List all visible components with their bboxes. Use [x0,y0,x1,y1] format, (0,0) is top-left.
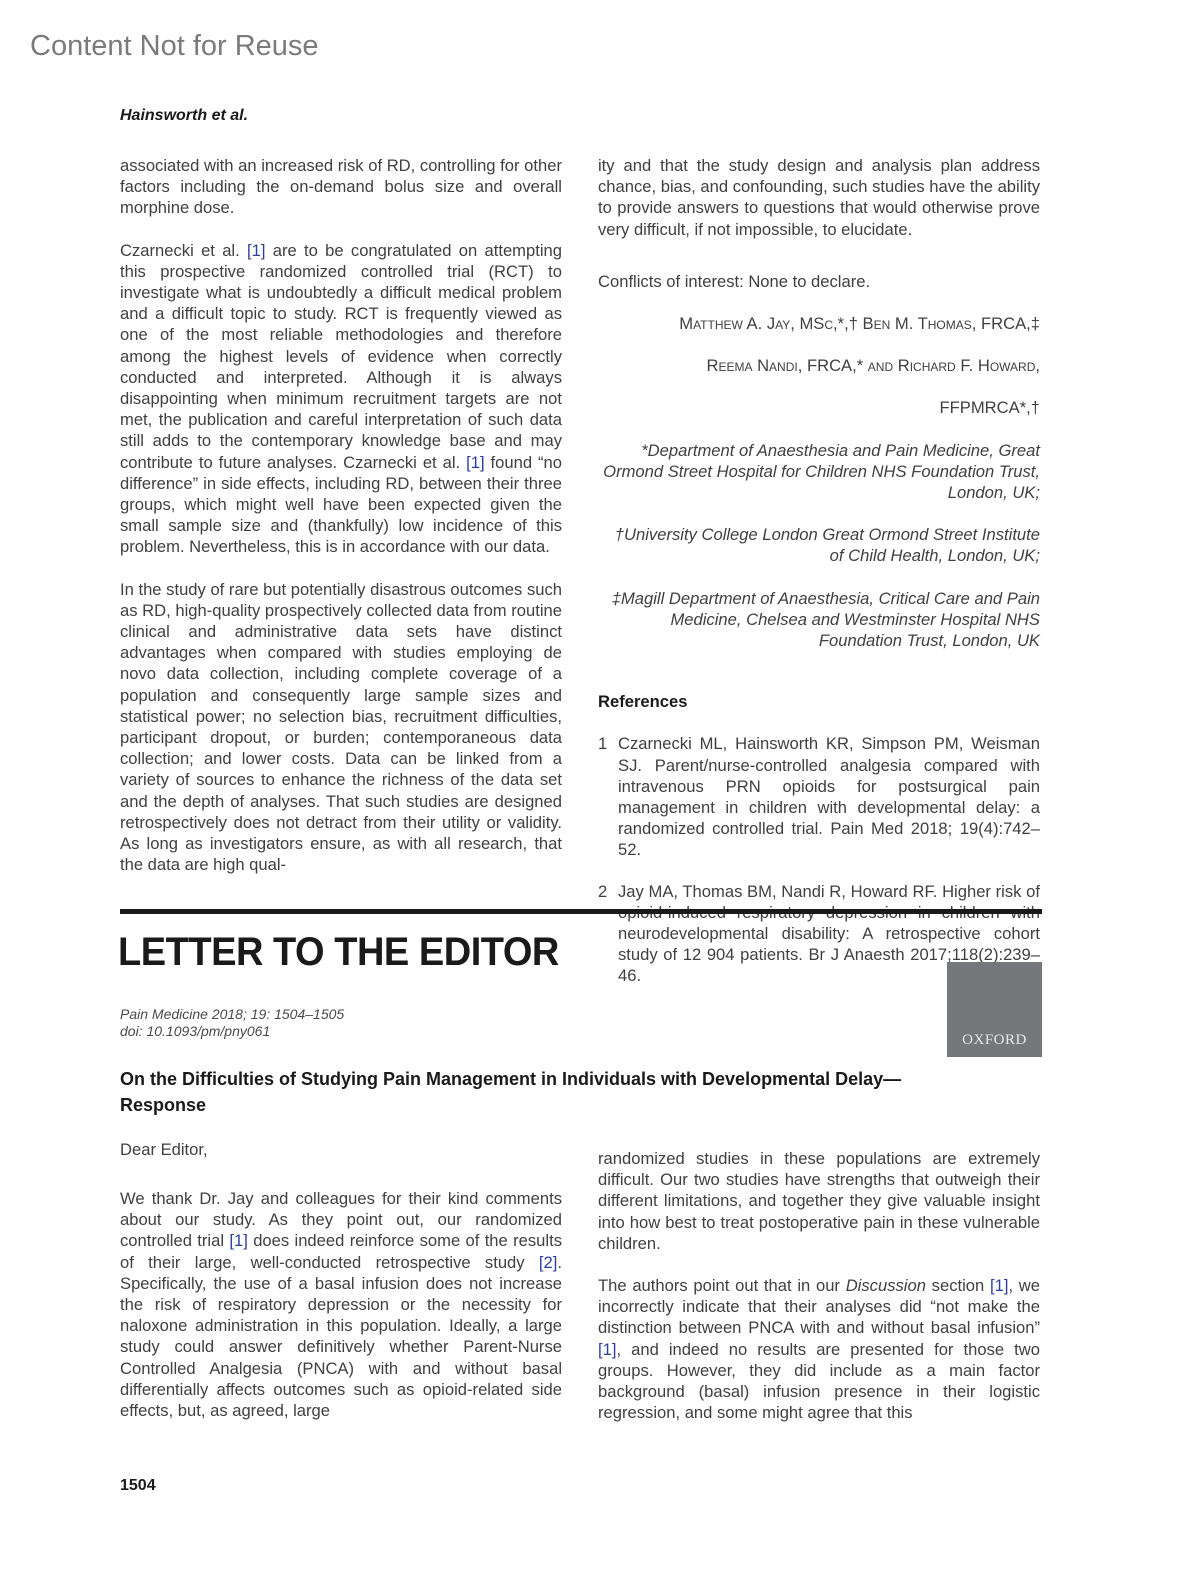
oxford-logo-text: OXFORD [947,1032,1042,1049]
conflicts-statement: Conflicts of interest: None to declare. [598,271,1040,292]
citation-link-1[interactable]: [1] [247,241,265,260]
reference-number: 1 [598,733,618,860]
watermark: Content Not for Reuse [30,30,319,63]
italic-text: Discussion [846,1276,926,1295]
paragraph: ity and that the study design and analys… [598,155,1040,240]
reference-number: 2 [598,881,618,987]
journal-citation: Pain Medicine 2018; 19: 1504–1505 [120,1006,344,1023]
references-heading: References [598,691,1040,712]
authors-line: Matthew A. Jay, MSc,*,† Ben M. Thomas, F… [598,313,1040,334]
author-block: Matthew A. Jay, MSc,*,† Ben M. Thomas, F… [598,313,1040,651]
paragraph: The authors point out that in our Discus… [598,1275,1040,1423]
oxford-logo: OXFORD [947,962,1042,1057]
citation-link-1[interactable]: [1] [229,1231,247,1250]
paragraph: We thank Dr. Jay and colleagues for thei… [120,1188,562,1421]
doi[interactable]: doi: 10.1093/pm/pny061 [120,1023,344,1040]
text: Czarnecki et al. [120,241,247,260]
text: . Specifically, the use of a basal infus… [120,1253,562,1420]
citation-link-1[interactable]: [1] [990,1276,1008,1295]
prev-letter-left-column: associated with an increased risk of RD,… [120,155,562,897]
affiliation: ‡Magill Department of Anaesthesia, Criti… [598,588,1040,652]
text: are to be congratulated on attempting th… [120,241,562,472]
article-title: On the Difficulties of Studying Pain Man… [120,1066,940,1118]
citation-link-1[interactable]: [1] [598,1340,616,1359]
text: section [926,1276,990,1295]
salutation: Dear Editor, [120,1140,208,1160]
text: , and indeed no results are presented fo… [598,1340,1040,1423]
reference-item: 1 Czarnecki ML, Hainsworth KR, Simpson P… [598,733,1040,860]
affiliation: †University College London Great Ormond … [598,524,1040,566]
affiliation: *Department of Anaesthesia and Pain Medi… [598,440,1040,504]
citation-info: Pain Medicine 2018; 19: 1504–1505 doi: 1… [120,1006,344,1040]
response-right-column: randomized studies in these populations … [598,1148,1040,1444]
authors-line: FFPMRCA*,† [598,397,1040,418]
response-left-column: We thank Dr. Jay and colleagues for thei… [120,1188,562,1442]
running-head: Hainsworth et al. [120,107,248,125]
section-title: LETTER TO THE EDITOR [118,930,559,975]
citation-link-2[interactable]: [2] [539,1253,557,1272]
text: The authors point out that in our [598,1276,846,1295]
paragraph: Czarnecki et al. [1] are to be congratul… [120,240,562,558]
paragraph: randomized studies in these populations … [598,1148,1040,1254]
authors-line: Reema Nandi, FRCA,* and Richard F. Howar… [598,355,1040,376]
reference-text: Czarnecki ML, Hainsworth KR, Simpson PM,… [618,733,1040,860]
citation-link-1[interactable]: [1] [466,453,484,472]
paragraph: associated with an increased risk of RD,… [120,155,562,219]
prev-letter-right-column: ity and that the study design and analys… [598,155,1040,1007]
paragraph: In the study of rare but potentially dis… [120,579,562,876]
section-divider [120,909,1042,914]
references-section: References 1 Czarnecki ML, Hainsworth KR… [598,691,1040,986]
page-number: 1504 [120,1477,156,1495]
